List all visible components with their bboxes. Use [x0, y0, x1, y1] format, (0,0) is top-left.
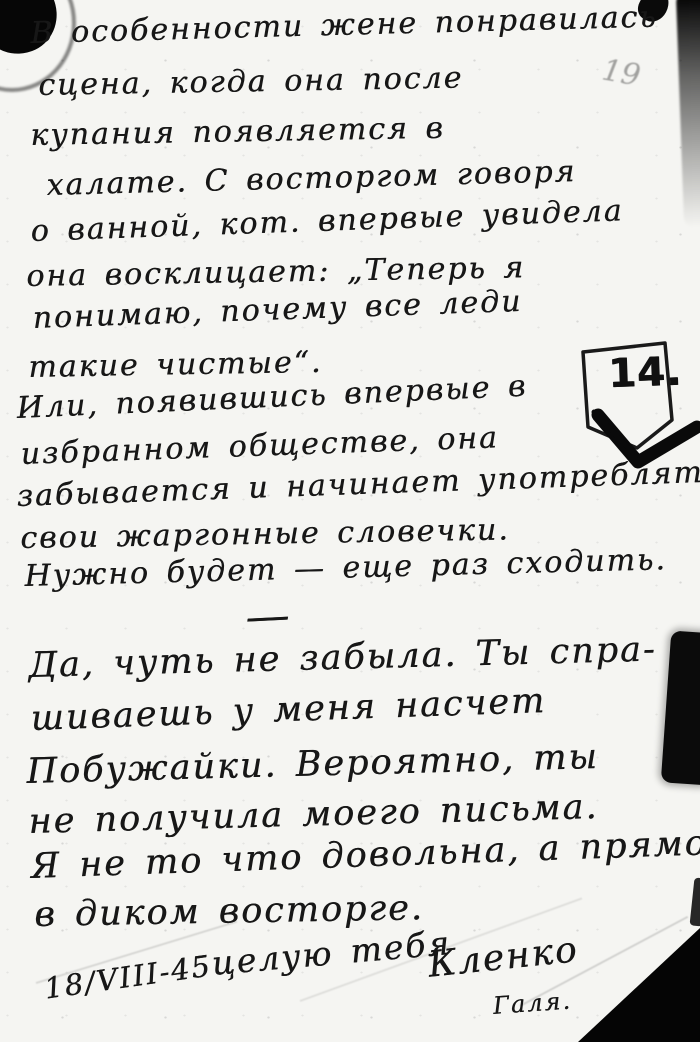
torn-edge-right	[661, 631, 700, 786]
handwritten-line: шиваешь у меня насчет	[30, 681, 547, 739]
signature-name: Галя.	[492, 986, 573, 1019]
date: 18/VIII-45	[42, 949, 214, 1006]
page-number-stamp: 14.	[558, 328, 700, 478]
torn-corner-bottom-right	[578, 928, 700, 1042]
torn-edge-top-right	[676, 0, 700, 228]
handwritten-line: В особенности жене понравилась	[30, 0, 658, 51]
handwritten-line: о ванной, кот. впервые увидела	[30, 193, 624, 249]
handwritten-line: Да, чуть не забыла. Ты спра-	[28, 630, 657, 686]
separator-dash: —	[244, 590, 291, 643]
handwritten-line: Побужайки. Вероятно, ты	[26, 737, 599, 792]
page-number: 14.	[607, 349, 682, 398]
handwritten-line: купания появляется в	[30, 111, 445, 153]
torn-edge-right-nick	[690, 877, 700, 926]
handwritten-line: халате. С восторгом говоря	[46, 154, 577, 203]
closing-phrase: целую тебя	[210, 923, 453, 983]
letter-page: 19 В особенности жене понравилась сцена,…	[0, 0, 700, 1042]
handwritten-line: сцена, когда она после	[38, 61, 464, 103]
handwritten-line: в диком восторге.	[34, 888, 424, 935]
pencil-note: 19	[599, 53, 643, 94]
